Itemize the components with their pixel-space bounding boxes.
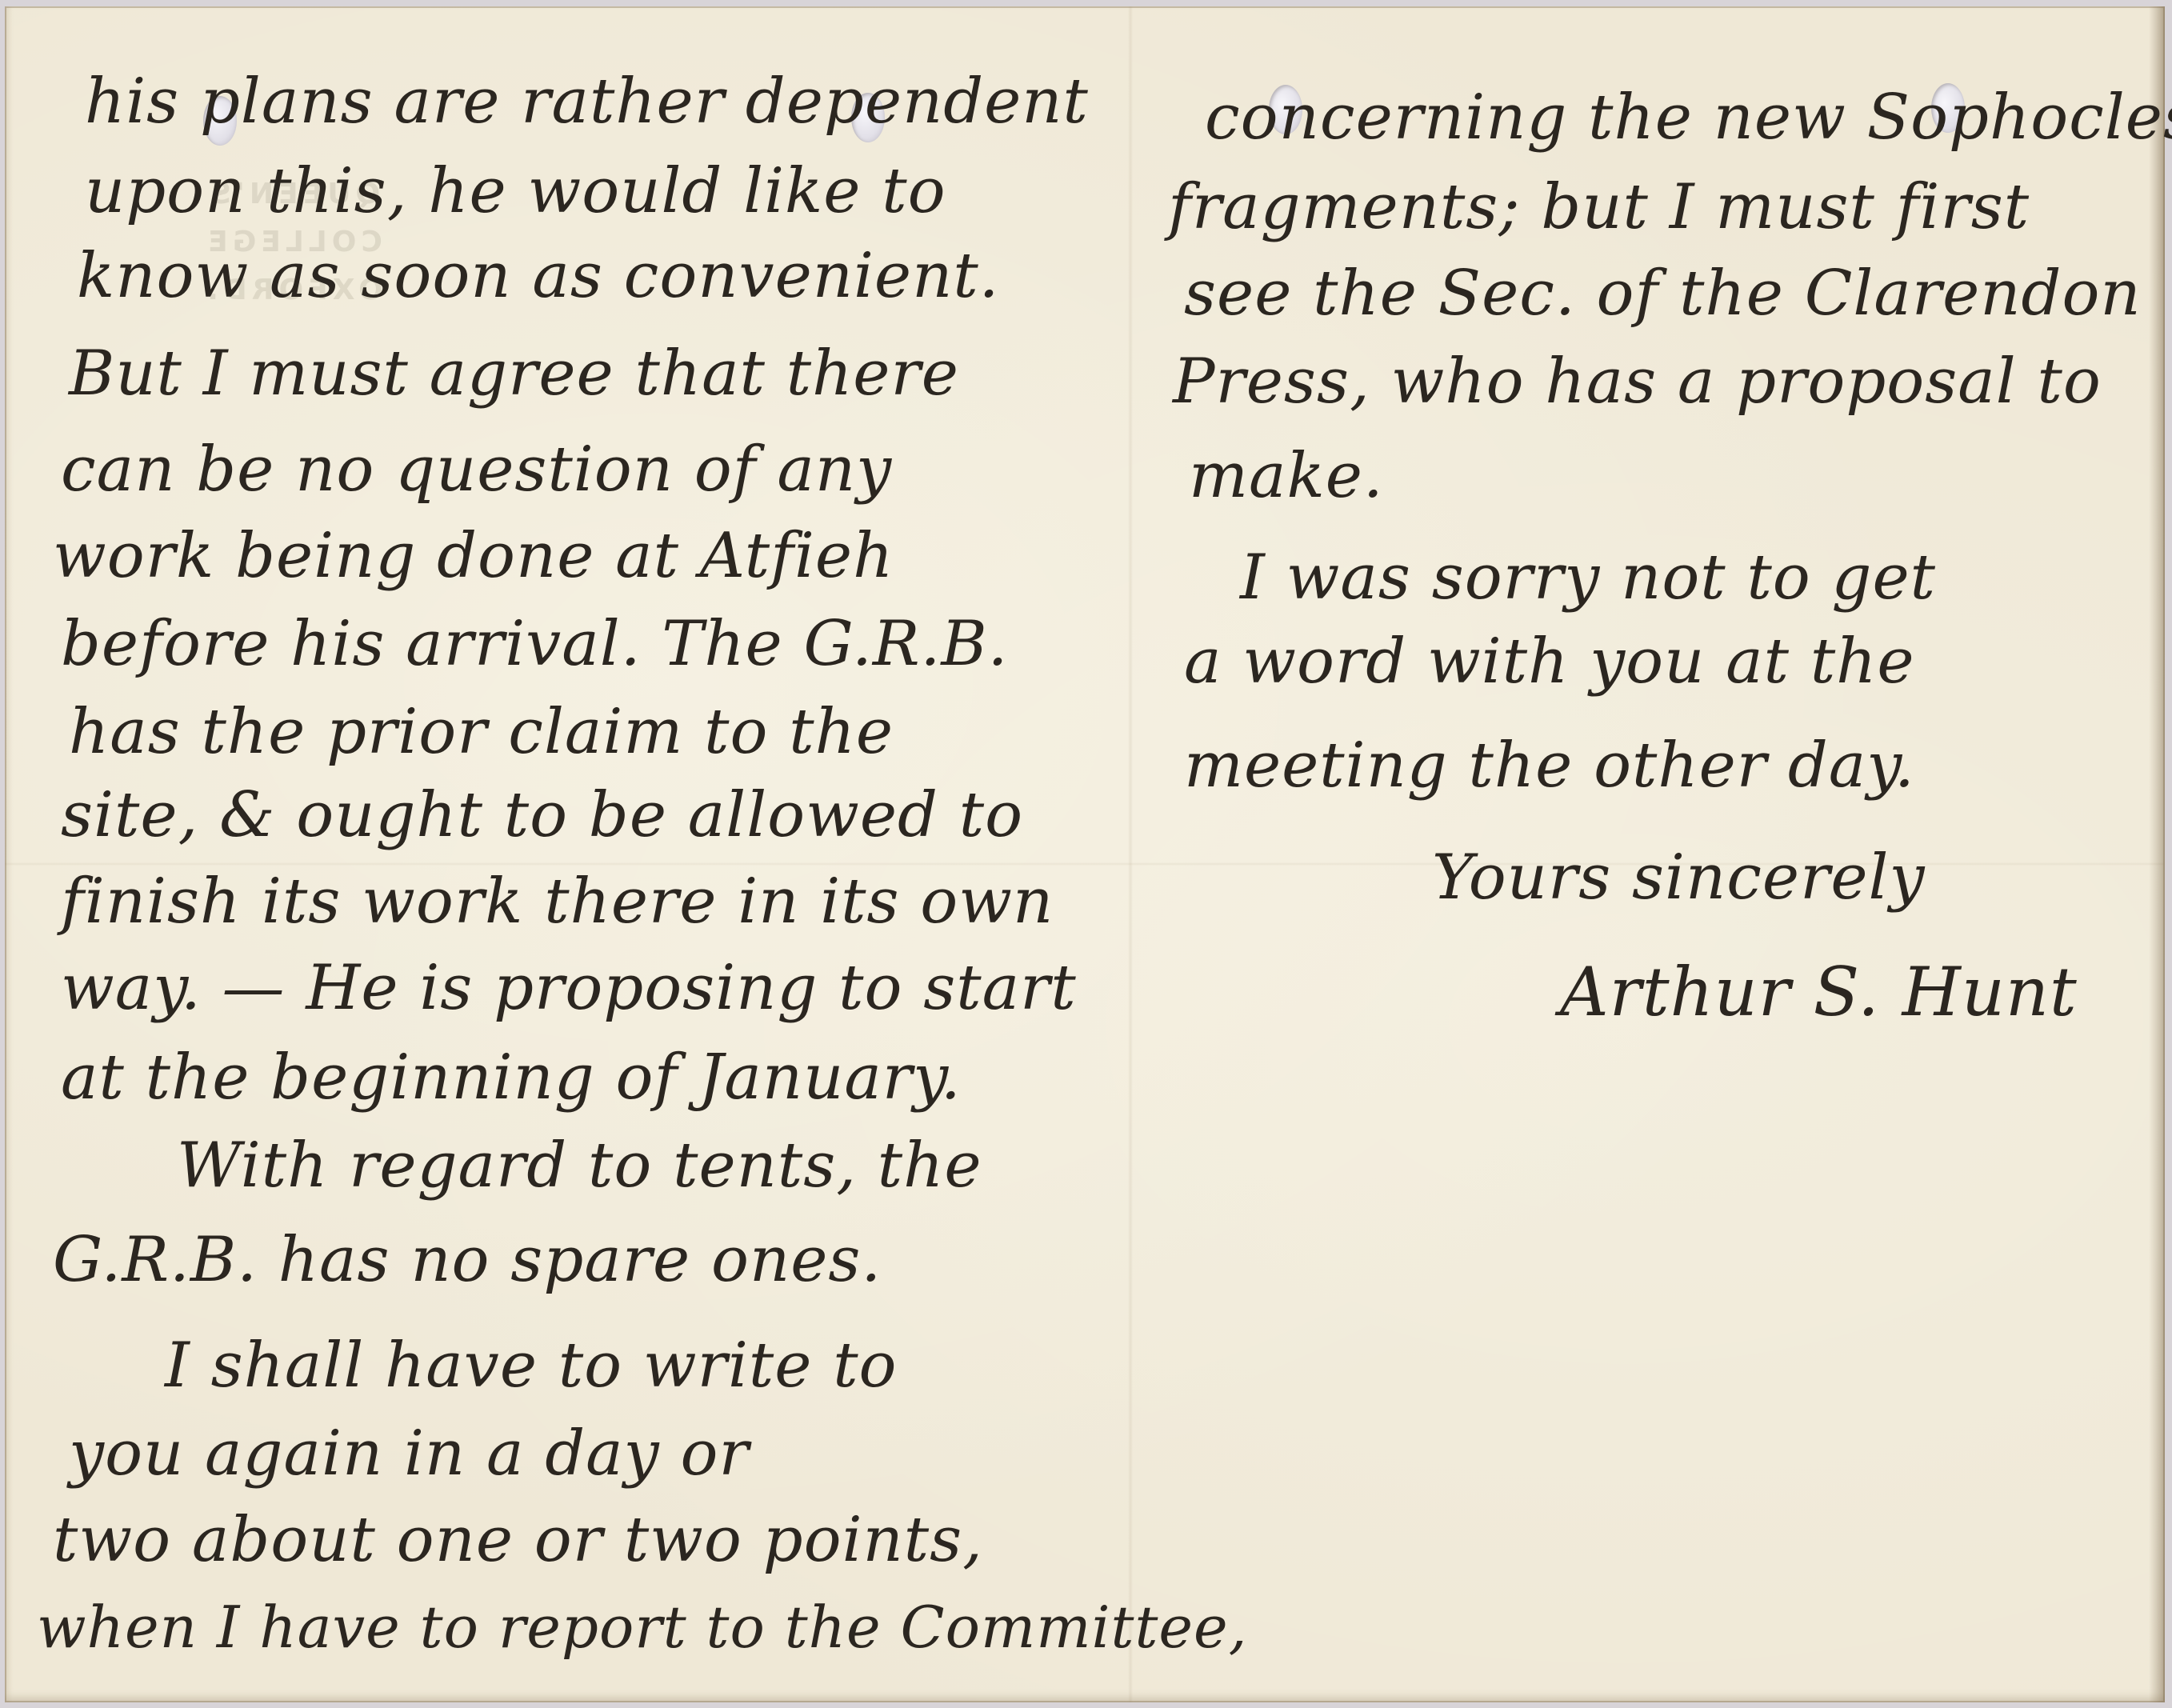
handwritten-line: meeting the other day. [1184,734,1915,797]
handwritten-line: upon this, he would like to [85,160,946,222]
handwritten-line: I was sorry not to get [1240,546,1936,609]
handwritten-line: has the prior claim to the [69,701,894,763]
handwritten-line: you again in a day or [69,1422,750,1485]
handwritten-line: concerning the new Sophocles [1205,86,2172,149]
letter-sheet: QUEEN'S COLLEGE OXFORD. his plans are ra… [5,6,2165,1702]
left-page: his plans are rather dependent upon this… [5,6,1128,1702]
handwritten-line: two about one or two points, [53,1509,983,1571]
handwritten-line: But I must agree that there [69,342,959,405]
handwritten-line: see the Sec. of the Clarendon [1184,262,2142,325]
handwritten-line: a word with you at the [1184,630,1915,693]
handwritten-line: can be no question of any [61,438,892,501]
handwritten-line: know as soon as convenient. [77,245,999,307]
handwritten-line: when I have to report to the Committee, [37,1598,1248,1656]
handwritten-line: work being done at Atfieh [53,525,894,587]
signature: Arthur S. Hunt [1560,958,2078,1026]
handwritten-line: With regard to tents, the [177,1134,982,1197]
handwritten-line: I shall have to write to [165,1334,898,1397]
handwritten-line: fragments; but I must first [1168,176,2030,238]
handwritten-line: make. [1189,445,1384,507]
right-page: concerning the new Sophocles fragments; … [1128,6,2165,1702]
handwritten-line: his plans are rather dependent [85,70,1089,133]
handwritten-line: finish its work there in its own [61,870,1054,933]
handwritten-line: Yours sincerely [1432,846,1926,909]
handwritten-line: way. — He is proposing to start [61,957,1077,1019]
handwritten-line: Press, who has a proposal to [1173,350,2102,413]
handwritten-line: at the beginning of January. [61,1046,962,1109]
handwritten-line: site, & ought to be allowed to [61,784,1023,846]
handwritten-line: before his arrival. The G.R.B. [61,613,1008,675]
handwritten-line: G.R.B. has no spare ones. [53,1229,882,1291]
